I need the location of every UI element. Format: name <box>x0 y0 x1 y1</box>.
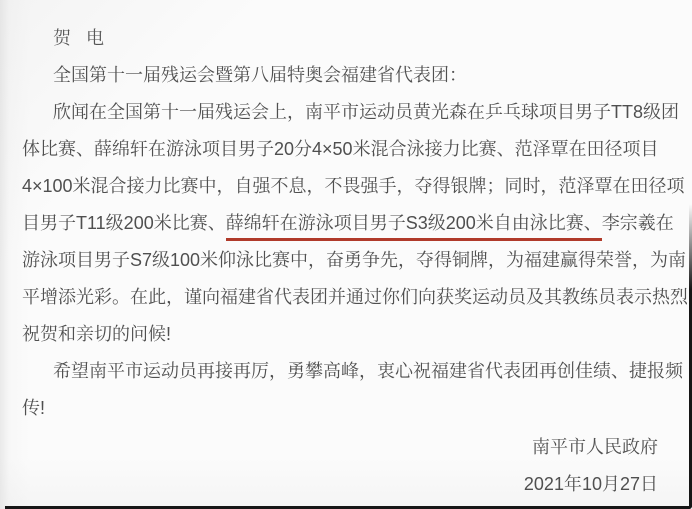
para1-line5: 游泳项目男子S7级100米仰泳比赛中，奋勇争先，夺得铜牌，为福建赢得荣誉，为南 <box>22 242 664 279</box>
para1-line7: 祝贺和亲切的问候! <box>22 316 664 353</box>
para1-line4: 目男子T11级200米比赛、薛绵轩在游泳项目男子S3级200米自由泳比赛、李宗羲… <box>22 205 664 242</box>
red-underline-highlight: 薛绵轩在游泳项目男子S3级200米自由泳比赛、 <box>226 213 602 241</box>
document-body: 贺 电 全国第十一届残运会暨第八届特奥会福建省代表团： 欣闻在全国第十一届残运会… <box>0 0 692 503</box>
para2-line2: 传! <box>22 390 664 427</box>
date: 2021年10月27日 <box>22 466 664 503</box>
para2-line1: 希望南平市运动员再接再厉，勇攀高峰，衷心祝福建省代表团再创佳绩、捷报频 <box>22 353 664 390</box>
para1-line6: 平增添光彩。在此，谨向福建省代表团并通过你们向获奖运动员及其教练员表示热烈 <box>22 279 664 316</box>
telegram-document-page: 贺 电 全国第十一届残运会暨第八届特奥会福建省代表团： 欣闻在全国第十一届残运会… <box>0 0 692 509</box>
salutation: 全国第十一届残运会暨第八届特奥会福建省代表团： <box>22 57 664 94</box>
signature: 南平市人民政府 <box>22 429 664 466</box>
para1-line3: 4×100米混合接力比赛中，自强不息，不畏强手，夺得银牌；同时，范泽覃在田径项 <box>22 168 664 205</box>
para1-line4-pre: 目男子T11级200米比赛、 <box>22 213 226 233</box>
para1-line2: 体比赛、薛绵轩在游泳项目男子20分4×50米混合泳接力比赛、范泽覃在田径项目 <box>22 131 664 168</box>
para1-line4-post: 李宗羲在 <box>602 213 674 233</box>
document-title: 贺 电 <box>22 20 664 57</box>
para1-line1: 欣闻在全国第十一届残运会上，南平市运动员黄光森在乒乓球项目男子TT8级团 <box>22 94 664 131</box>
